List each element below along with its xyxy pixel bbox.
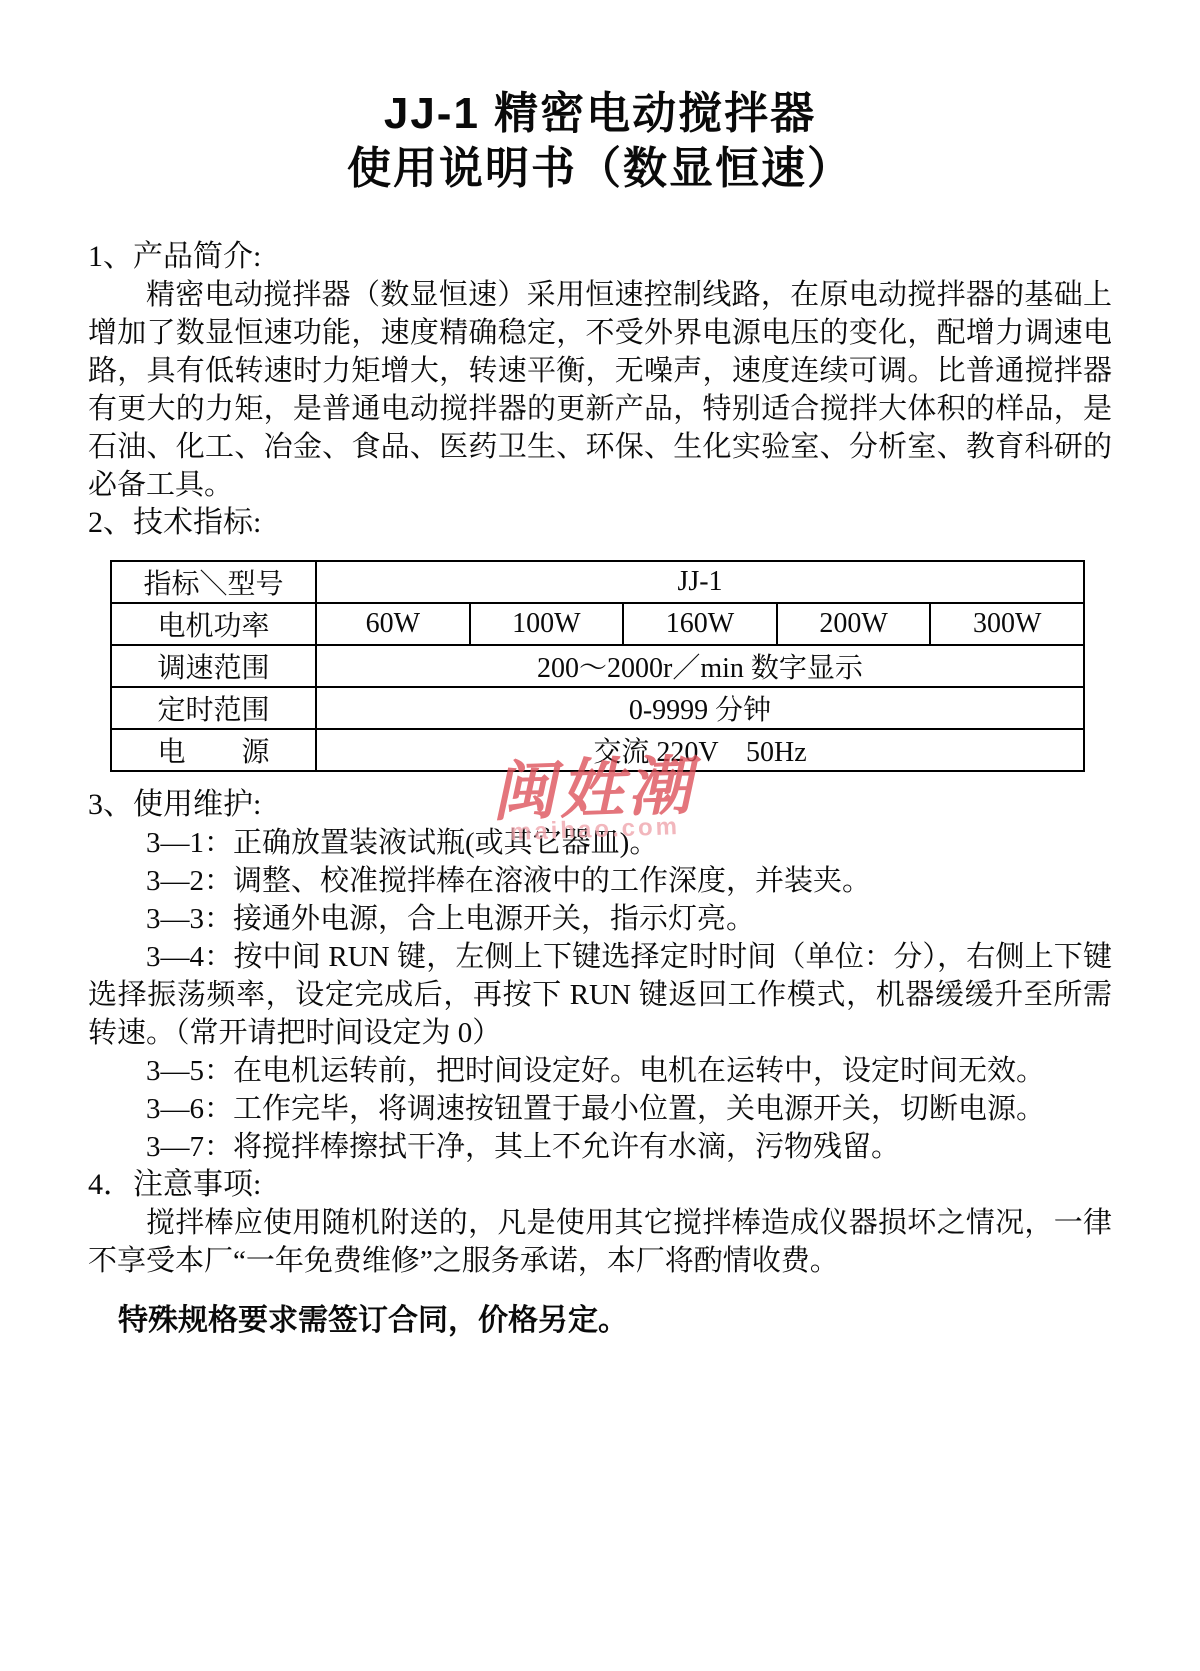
spec-supply-label: 电 源 bbox=[111, 729, 316, 771]
maintenance-item-4: 3—4：按中间 RUN 键，左侧上下键选择定时时间（单位：分），右侧上下键选择振… bbox=[88, 938, 1112, 1052]
spec-power-label: 电机功率 bbox=[111, 603, 316, 645]
section-1-heading: 1、产品简介: bbox=[88, 238, 1112, 276]
title-line-2: 使用说明书（数显恒速） bbox=[88, 141, 1112, 196]
title-line-1: JJ-1 精密电动搅拌器 bbox=[88, 86, 1112, 141]
maintenance-item-6: 3—6：工作完毕，将调速按钮置于最小位置，关电源开关，切断电源。 bbox=[88, 1090, 1112, 1128]
table-row-model: 指标＼型号 JJ-1 bbox=[111, 561, 1084, 603]
section-2-heading: 2、技术指标: bbox=[88, 504, 1112, 542]
manual-page: JJ-1 精密电动搅拌器 使用说明书（数显恒速） 1、产品简介: 精密电动搅拌器… bbox=[0, 0, 1200, 1671]
section-4-paragraph: 搅拌棒应使用随机附送的，凡是使用其它搅拌棒造成仪器损坏之情况，一律不享受本厂“一… bbox=[88, 1204, 1112, 1280]
spec-supply-value: 交流 220V 50Hz bbox=[316, 729, 1084, 771]
page-content: JJ-1 精密电动搅拌器 使用说明书（数显恒速） 1、产品简介: 精密电动搅拌器… bbox=[88, 0, 1112, 1370]
spec-speed-value: 200～2000r／min 数字显示 bbox=[316, 645, 1084, 687]
spec-table: 指标＼型号 JJ-1 电机功率 60W 100W 160W 200W 300W … bbox=[110, 560, 1085, 772]
table-row-speed: 调速范围 200～2000r／min 数字显示 bbox=[111, 645, 1084, 687]
table-row-timer: 定时范围 0-9999 分钟 bbox=[111, 687, 1084, 729]
spec-model-value: JJ-1 bbox=[316, 561, 1084, 603]
section-1-paragraph: 精密电动搅拌器（数显恒速）采用恒速控制线路，在原电动搅拌器的基础上增加了数显恒速… bbox=[88, 276, 1112, 504]
table-row-supply: 电 源 交流 220V 50Hz bbox=[111, 729, 1084, 771]
spec-power-value: 200W bbox=[777, 603, 931, 645]
spec-power-value: 160W bbox=[623, 603, 777, 645]
spec-power-value: 100W bbox=[470, 603, 624, 645]
spec-timer-value: 0-9999 分钟 bbox=[316, 687, 1084, 729]
spec-speed-label: 调速范围 bbox=[111, 645, 316, 687]
maintenance-item-5: 3—5：在电机运转前，把时间设定好。电机在运转中，设定时间无效。 bbox=[88, 1052, 1112, 1090]
spec-power-value: 60W bbox=[316, 603, 470, 645]
maintenance-item-7: 3—7：将搅拌棒擦拭干净，其上不允许有水滴，污物残留。 bbox=[88, 1128, 1112, 1166]
document-title: JJ-1 精密电动搅拌器 使用说明书（数显恒速） bbox=[88, 0, 1112, 196]
section-4-heading: 4．注意事项: bbox=[88, 1166, 1112, 1204]
maintenance-item-2: 3—2：调整、校准搅拌棒在溶液中的工作深度，并装夹。 bbox=[88, 862, 1112, 900]
section-3-heading: 3、使用维护: bbox=[88, 786, 1112, 824]
maintenance-item-1: 3—1：正确放置装液试瓶(或其它器皿)。 bbox=[88, 824, 1112, 862]
spec-power-value: 300W bbox=[930, 603, 1084, 645]
maintenance-item-3: 3—3：接通外电源，合上电源开关，指示灯亮。 bbox=[88, 900, 1112, 938]
table-row-power: 电机功率 60W 100W 160W 200W 300W bbox=[111, 603, 1084, 645]
special-terms-note: 特殊规格要求需签订合同，价格另定。 bbox=[88, 1302, 1112, 1340]
spec-timer-label: 定时范围 bbox=[111, 687, 316, 729]
spec-corner-label: 指标＼型号 bbox=[111, 561, 316, 603]
